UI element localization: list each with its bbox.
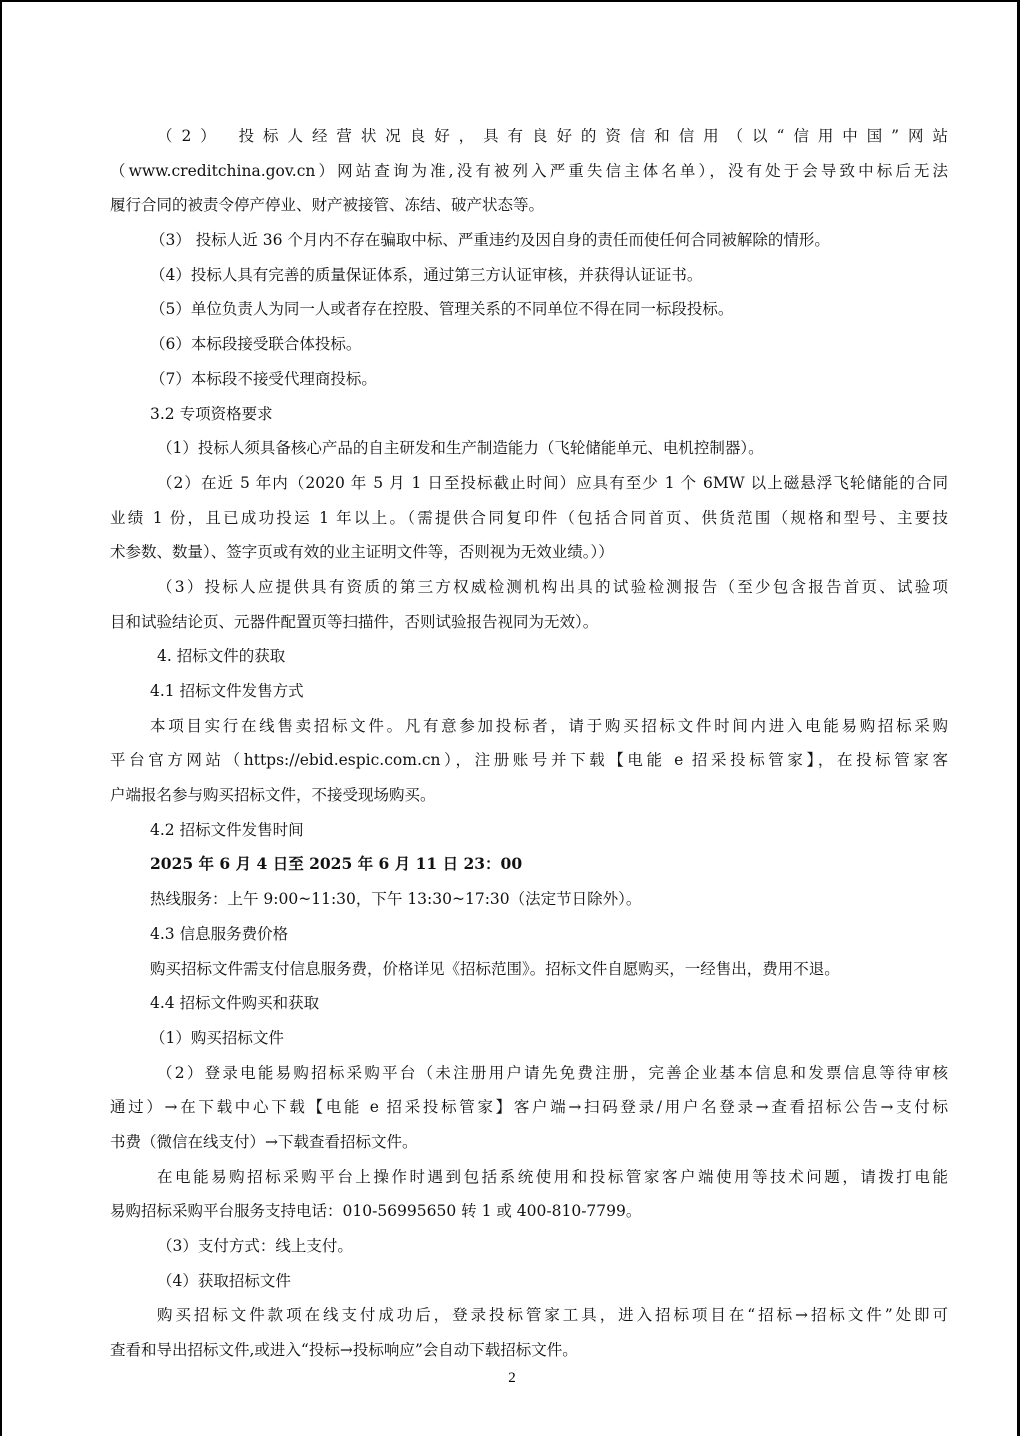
text-line: （4）投标人具有完善的质量保证体系，通过第三方认证审核，并获得认证证书。 <box>110 258 948 293</box>
text-line: 通过）→在下载中心下载【电能 e 招采投标管家】客户端→扫码登录/用户名登录→查… <box>110 1090 948 1125</box>
text-line: （4）获取招标文件 <box>110 1264 948 1299</box>
text-line: （2）登录电能易购招标采购平台（未注册用户请先免费注册，完善企业基本信息和发票信… <box>110 1056 948 1091</box>
text-line: 4.3 信息服务费价格 <box>110 917 948 952</box>
text-line: （3）投标人应提供具有资质的第三方权威检测机构出具的试验检测报告（至少包含报告首… <box>110 570 948 605</box>
text-line: （2）在近 5 年内（2020 年 5 月 1 日至投标截止时间）应具有至少 1… <box>110 466 948 501</box>
text-line: （5）单位负责人为同一人或者存在控股、管理关系的不同单位不得在同一标段投标。 <box>110 292 948 327</box>
text-line: （7）本标段不接受代理商投标。 <box>110 362 948 397</box>
text-line: 4.1 招标文件发售方式 <box>110 674 948 709</box>
text-line: （1）投标人须具备核心产品的自主研发和生产制造能力（飞轮储能单元、电机控制器）。 <box>110 431 948 466</box>
text-line: 目和试验结论页、元器件配置页等扫描件，否则试验报告视同为无效）。 <box>110 605 948 640</box>
document-body: （2） 投标人经营状况良好，具有良好的资信和信用（以“信用中国”网站（www.c… <box>110 119 948 1368</box>
page-number: 2 <box>2 1370 1020 1387</box>
text-line: 易购招标采购平台服务支持电话：010-56995650 转 1 或 400-81… <box>110 1194 948 1229</box>
text-line: 购买招标文件需支付信息服务费，价格详见《招标范围》。招标文件自愿购买，一经售出，… <box>110 952 948 987</box>
text-line: 业绩 1 份，且已成功投运 1 年以上。（需提供合同复印件（包括合同首页、供货范… <box>110 501 948 536</box>
text-line: 2025 年 6 月 4 日至 2025 年 6 月 11 日 23：00 <box>110 847 948 882</box>
text-line: （2） 投标人经营状况良好，具有良好的资信和信用（以“信用中国”网站 <box>110 119 948 154</box>
text-line: 术参数、数量）、签字页或有效的业主证明文件等，否则视为无效业绩。）） <box>110 535 948 570</box>
text-line: （www.creditchina.gov.cn）网站查询为准,没有被列入严重失信… <box>110 154 948 189</box>
text-line: 热线服务：上午 9:00~11:30，下午 13:30~17:30（法定节日除外… <box>110 882 948 917</box>
text-line: 购买招标文件款项在线支付成功后，登录投标管家工具，进入招标项目在“招标→招标文件… <box>110 1298 948 1333</box>
text-line: 在电能易购招标采购平台上操作时遇到包括系统使用和投标管家客户端使用等技术问题，请… <box>110 1160 948 1195</box>
text-line: 4.2 招标文件发售时间 <box>110 813 948 848</box>
text-line: 履行合同的被责令停产停业、财产被接管、冻结、破产状态等。 <box>110 188 948 223</box>
text-line: 3.2 专项资格要求 <box>110 397 948 432</box>
document-page: （2） 投标人经营状况良好，具有良好的资信和信用（以“信用中国”网站（www.c… <box>0 0 1020 1436</box>
text-line: 4. 招标文件的获取 <box>110 639 948 674</box>
text-line: 4.4 招标文件购买和获取 <box>110 986 948 1021</box>
text-line: （1）购买招标文件 <box>110 1021 948 1056</box>
text-line: 本项目实行在线售卖招标文件。凡有意参加投标者，请于购买招标文件时间内进入电能易购… <box>110 709 948 744</box>
text-line: 户端报名参与购买招标文件，不接受现场购买。 <box>110 778 948 813</box>
text-line: （3） 投标人近 36 个月内不存在骗取中标、严重违约及因自身的责任而使任何合同… <box>110 223 948 258</box>
text-line: 查看和导出招标文件,或进入“投标→投标响应”会自动下载招标文件。 <box>110 1333 948 1368</box>
text-line: （6）本标段接受联合体投标。 <box>110 327 948 362</box>
text-line: 书费（微信在线支付）→下载查看招标文件。 <box>110 1125 948 1160</box>
text-line: （3）支付方式：线上支付。 <box>110 1229 948 1264</box>
text-line: 平台官方网站（https://ebid.espic.com.cn），注册账号并下… <box>110 743 948 778</box>
